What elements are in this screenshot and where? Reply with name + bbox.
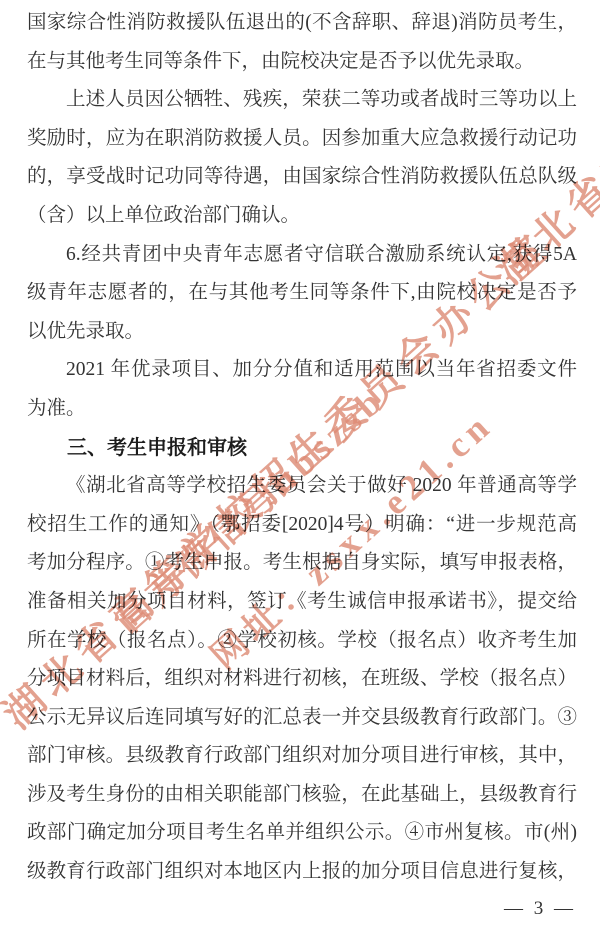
text-line: 《湖北省高等学校招生委员会关于做好 2020 年普通高等学	[27, 467, 577, 506]
text-line: 考加分程序。①考生申报。考生根据自身实际，填写申报表格，	[27, 544, 577, 583]
text-line: 上述人员因公牺牲、残疾，荣获二等功或者战时三等功以上	[27, 81, 577, 120]
text-line: 所在学校（报名点）。②学校初核。学校（报名点）收齐考生加	[27, 622, 577, 661]
text-line: 涉及考生身份的由相关职能部门核验，在此基础上，县级教育行	[27, 776, 577, 815]
text-line: 分项目材料后，组织对材料进行初核，在班级、学校（报名点）	[27, 660, 577, 699]
page-number: — 3 —	[504, 898, 576, 920]
text-line: 的，享受战时记功同等待遇，由国家综合性消防救援队伍总队级	[27, 158, 577, 197]
text-line: 在与其他考生同等条件下，由院校决定是否予以优先录取。	[27, 43, 577, 82]
text-line: 公示无异议后连同填写好的汇总表一并交县级教育行政部门。③	[27, 699, 577, 738]
text-line: 6.经共青团中央青年志愿者守信联合激励系统认定,获得5A	[27, 236, 577, 275]
text-line: 级青年志愿者的，在与其他考生同等条件下,由院校决定是否予	[27, 274, 577, 313]
document-body: 国家综合性消防救援队伍退出的(不含辞职、辞退)消防员考生， 在与其他考生同等条件…	[27, 4, 577, 892]
text-line: 部门审核。县级教育行政部门组织对加分项目进行审核，其中，	[27, 737, 577, 776]
document-page: 国家综合性消防救援队伍退出的(不含辞职、辞退)消防员考生， 在与其他考生同等条件…	[0, 0, 600, 928]
text-line: 准备相关加分项目材料，签订《考生诚信申报承诺书》，提交给	[27, 583, 577, 622]
text-line: 以优先录取。	[27, 313, 577, 352]
text-line: 国家综合性消防救援队伍退出的(不含辞职、辞退)消防员考生，	[27, 4, 577, 43]
text-line: 级教育行政部门组织对本地区内上报的加分项目信息进行复核，	[27, 853, 577, 892]
text-line: 奖励时，应为在职消防救援人员。因参加重大应急救援行动记功	[27, 120, 577, 159]
text-line: 校招生工作的通知》（鄂招委[2020]4号）明确：“进一步规范高	[27, 506, 577, 545]
section-heading: 三、考生申报和审核	[27, 429, 577, 468]
text-line: 政部门确定加分项目考生名单并组织公示。④市州复核。市(州)	[27, 814, 577, 853]
text-line: （含）以上单位政治部门确认。	[27, 197, 577, 236]
text-line: 为准。	[27, 390, 577, 429]
text-line: 2021 年优录项目、加分分值和适用范围以当年省招委文件	[27, 351, 577, 390]
